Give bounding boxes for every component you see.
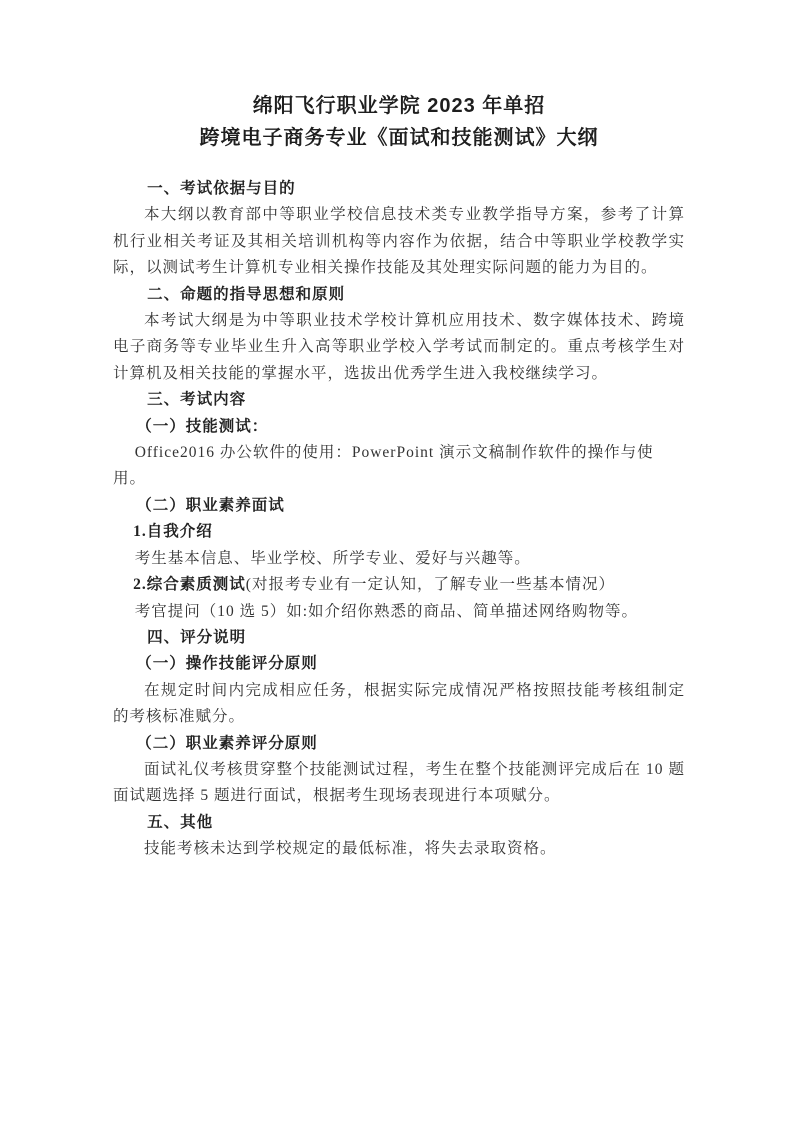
section-3-sub-2-heading: （二）职业素养面试	[113, 493, 685, 519]
section-4-sub-1-paragraph: 在规定时间内完成相应任务，根据实际完成情况严格按照技能考核组制定的考核标准赋分。	[113, 678, 685, 731]
section-3-item-1-heading: 1.自我介绍	[113, 519, 685, 545]
section-2-heading: 二、命题的指导思想和原则	[113, 282, 685, 308]
section-3-sub-1-heading: （一）技能测试：	[113, 414, 685, 440]
section-3-sub-1-text: Office2016 办公软件的使用：PowerPoint 演示文稿制作软件的操…	[113, 440, 685, 493]
section-3-item-2-label: 2.综合素质测试	[133, 576, 246, 593]
section-1-paragraph: 本大纲以教育部中等职业学校信息技术类专业教学指导方案，参考了计算机行业相关考证及…	[113, 202, 685, 281]
document-title-line2: 跨境电子商务专业《面试和技能测试》大纲	[113, 122, 685, 154]
document-page: 绵阳飞行职业学院 2023 年单招 跨境电子商务专业《面试和技能测试》大纲 一、…	[0, 0, 800, 1131]
section-3-item-2-note: (对报考专业有一定认知，了解专业一些基本情况）	[246, 576, 615, 593]
section-3-heading: 三、考试内容	[113, 387, 685, 413]
section-3-item-2-heading: 2.综合素质测试(对报考专业有一定认知，了解专业一些基本情况）	[113, 572, 685, 598]
section-4-heading: 四、评分说明	[113, 625, 685, 651]
section-5-paragraph: 技能考核未达到学校规定的最低标准，将失去录取资格。	[113, 836, 685, 862]
document-title-line1: 绵阳飞行职业学院 2023 年单招	[113, 90, 685, 122]
section-4-sub-1-heading: （一）操作技能评分原则	[113, 651, 685, 677]
section-4-sub-2-heading: （二）职业素养评分原则	[113, 731, 685, 757]
section-2-paragraph: 本考试大纲是为中等职业技术学校计算机应用技术、数字媒体技术、跨境电子商务等专业毕…	[113, 308, 685, 387]
section-5-heading: 五、其他	[113, 810, 685, 836]
section-4-sub-2-paragraph: 面试礼仪考核贯穿整个技能测试过程，考生在整个技能测评完成后在 10 题面试题选择…	[113, 757, 685, 810]
section-3-item-1-text: 考生基本信息、毕业学校、所学专业、爱好与兴趣等。	[113, 546, 685, 572]
document-title: 绵阳飞行职业学院 2023 年单招 跨境电子商务专业《面试和技能测试》大纲	[113, 90, 685, 154]
section-3-item-2-text: 考官提问（10 选 5）如:如介绍你熟悉的商品、简单描述网络购物等。	[113, 599, 685, 625]
document-body: 一、考试依据与目的 本大纲以教育部中等职业学校信息技术类专业教学指导方案，参考了…	[113, 176, 685, 863]
section-1-heading: 一、考试依据与目的	[113, 176, 685, 202]
